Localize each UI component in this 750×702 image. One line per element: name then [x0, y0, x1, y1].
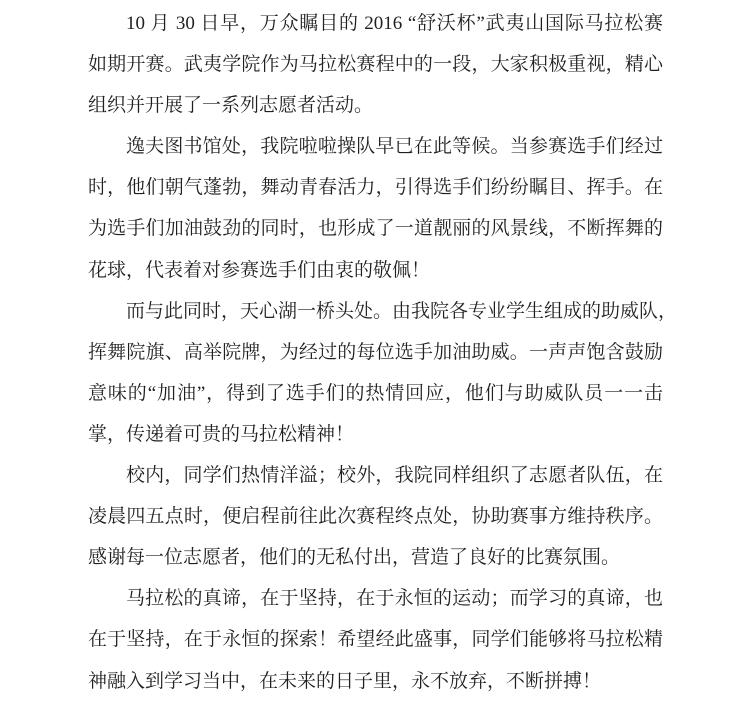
text-line: 挥舞院旗、高举院牌，为经过的每位选手加油助威。一声声饱含鼓励 [88, 332, 663, 373]
text-line: 组织并开展了一系列志愿者活动。 [88, 85, 663, 126]
text-line: 意味的“加油”，得到了选手们的热情回应，他们与助威队员一一击 [88, 373, 663, 414]
paragraph: 逸夫图书馆处，我院啦啦操队早已在此等候。当参赛选手们经过时，他们朝气蓬勃，舞动青… [88, 126, 663, 290]
text-line: 校内，同学们热情洋溢；校外，我院同样组织了志愿者队伍，在 [88, 455, 663, 496]
document-page: 10 月 30 日早，万众瞩目的 2016 “舒沃杯”武夷山国际马拉松赛如期开赛… [0, 0, 750, 702]
text-line: 马拉松的真谛，在于坚持，在于永恒的运动；而学习的真谛，也 [88, 578, 663, 619]
paragraph: 校内，同学们热情洋溢；校外，我院同样组织了志愿者队伍，在凌晨四五点时，便启程前往… [88, 455, 663, 578]
text-line: 感谢每一位志愿者，他们的无私付出，营造了良好的比赛氛围。 [88, 537, 663, 578]
text-line: 逸夫图书馆处，我院啦啦操队早已在此等候。当参赛选手们经过 [88, 126, 663, 167]
paragraph: 10 月 30 日早，万众瞩目的 2016 “舒沃杯”武夷山国际马拉松赛如期开赛… [88, 3, 663, 126]
text-line: 在于坚持，在于永恒的探索！希望经此盛事，同学们能够将马拉松精 [88, 619, 663, 660]
paragraph: 而与此同时，天心湖一桥头处。由我院各专业学生组成的助威队，挥舞院旗、高举院牌，为… [88, 291, 663, 455]
text-line: 花球，代表着对参赛选手们由衷的敬佩！ [88, 250, 663, 291]
text-line: 时，他们朝气蓬勃，舞动青春活力，引得选手们纷纷瞩目、挥手。在 [88, 167, 663, 208]
paragraph: 马拉松的真谛，在于坚持，在于永恒的运动；而学习的真谛，也在于坚持，在于永恒的探索… [88, 578, 663, 701]
text-line: 掌，传递着可贵的马拉松精神！ [88, 414, 663, 455]
text-line: 为选手们加油鼓劲的同时，也形成了一道靓丽的风景线，不断挥舞的 [88, 208, 663, 249]
document-body: 10 月 30 日早，万众瞩目的 2016 “舒沃杯”武夷山国际马拉松赛如期开赛… [88, 3, 663, 702]
text-line: 10 月 30 日早，万众瞩目的 2016 “舒沃杯”武夷山国际马拉松赛 [88, 3, 663, 44]
text-line: 而与此同时，天心湖一桥头处。由我院各专业学生组成的助威队， [88, 291, 663, 332]
text-line: 如期开赛。武夷学院作为马拉松赛程中的一段，大家积极重视，精心 [88, 44, 663, 85]
text-line: 凌晨四五点时，便启程前往此次赛程终点处，协助赛事方维持秩序。 [88, 496, 663, 537]
text-line: 神融入到学习当中，在未来的日子里，永不放弃，不断拼搏！ [88, 661, 663, 702]
